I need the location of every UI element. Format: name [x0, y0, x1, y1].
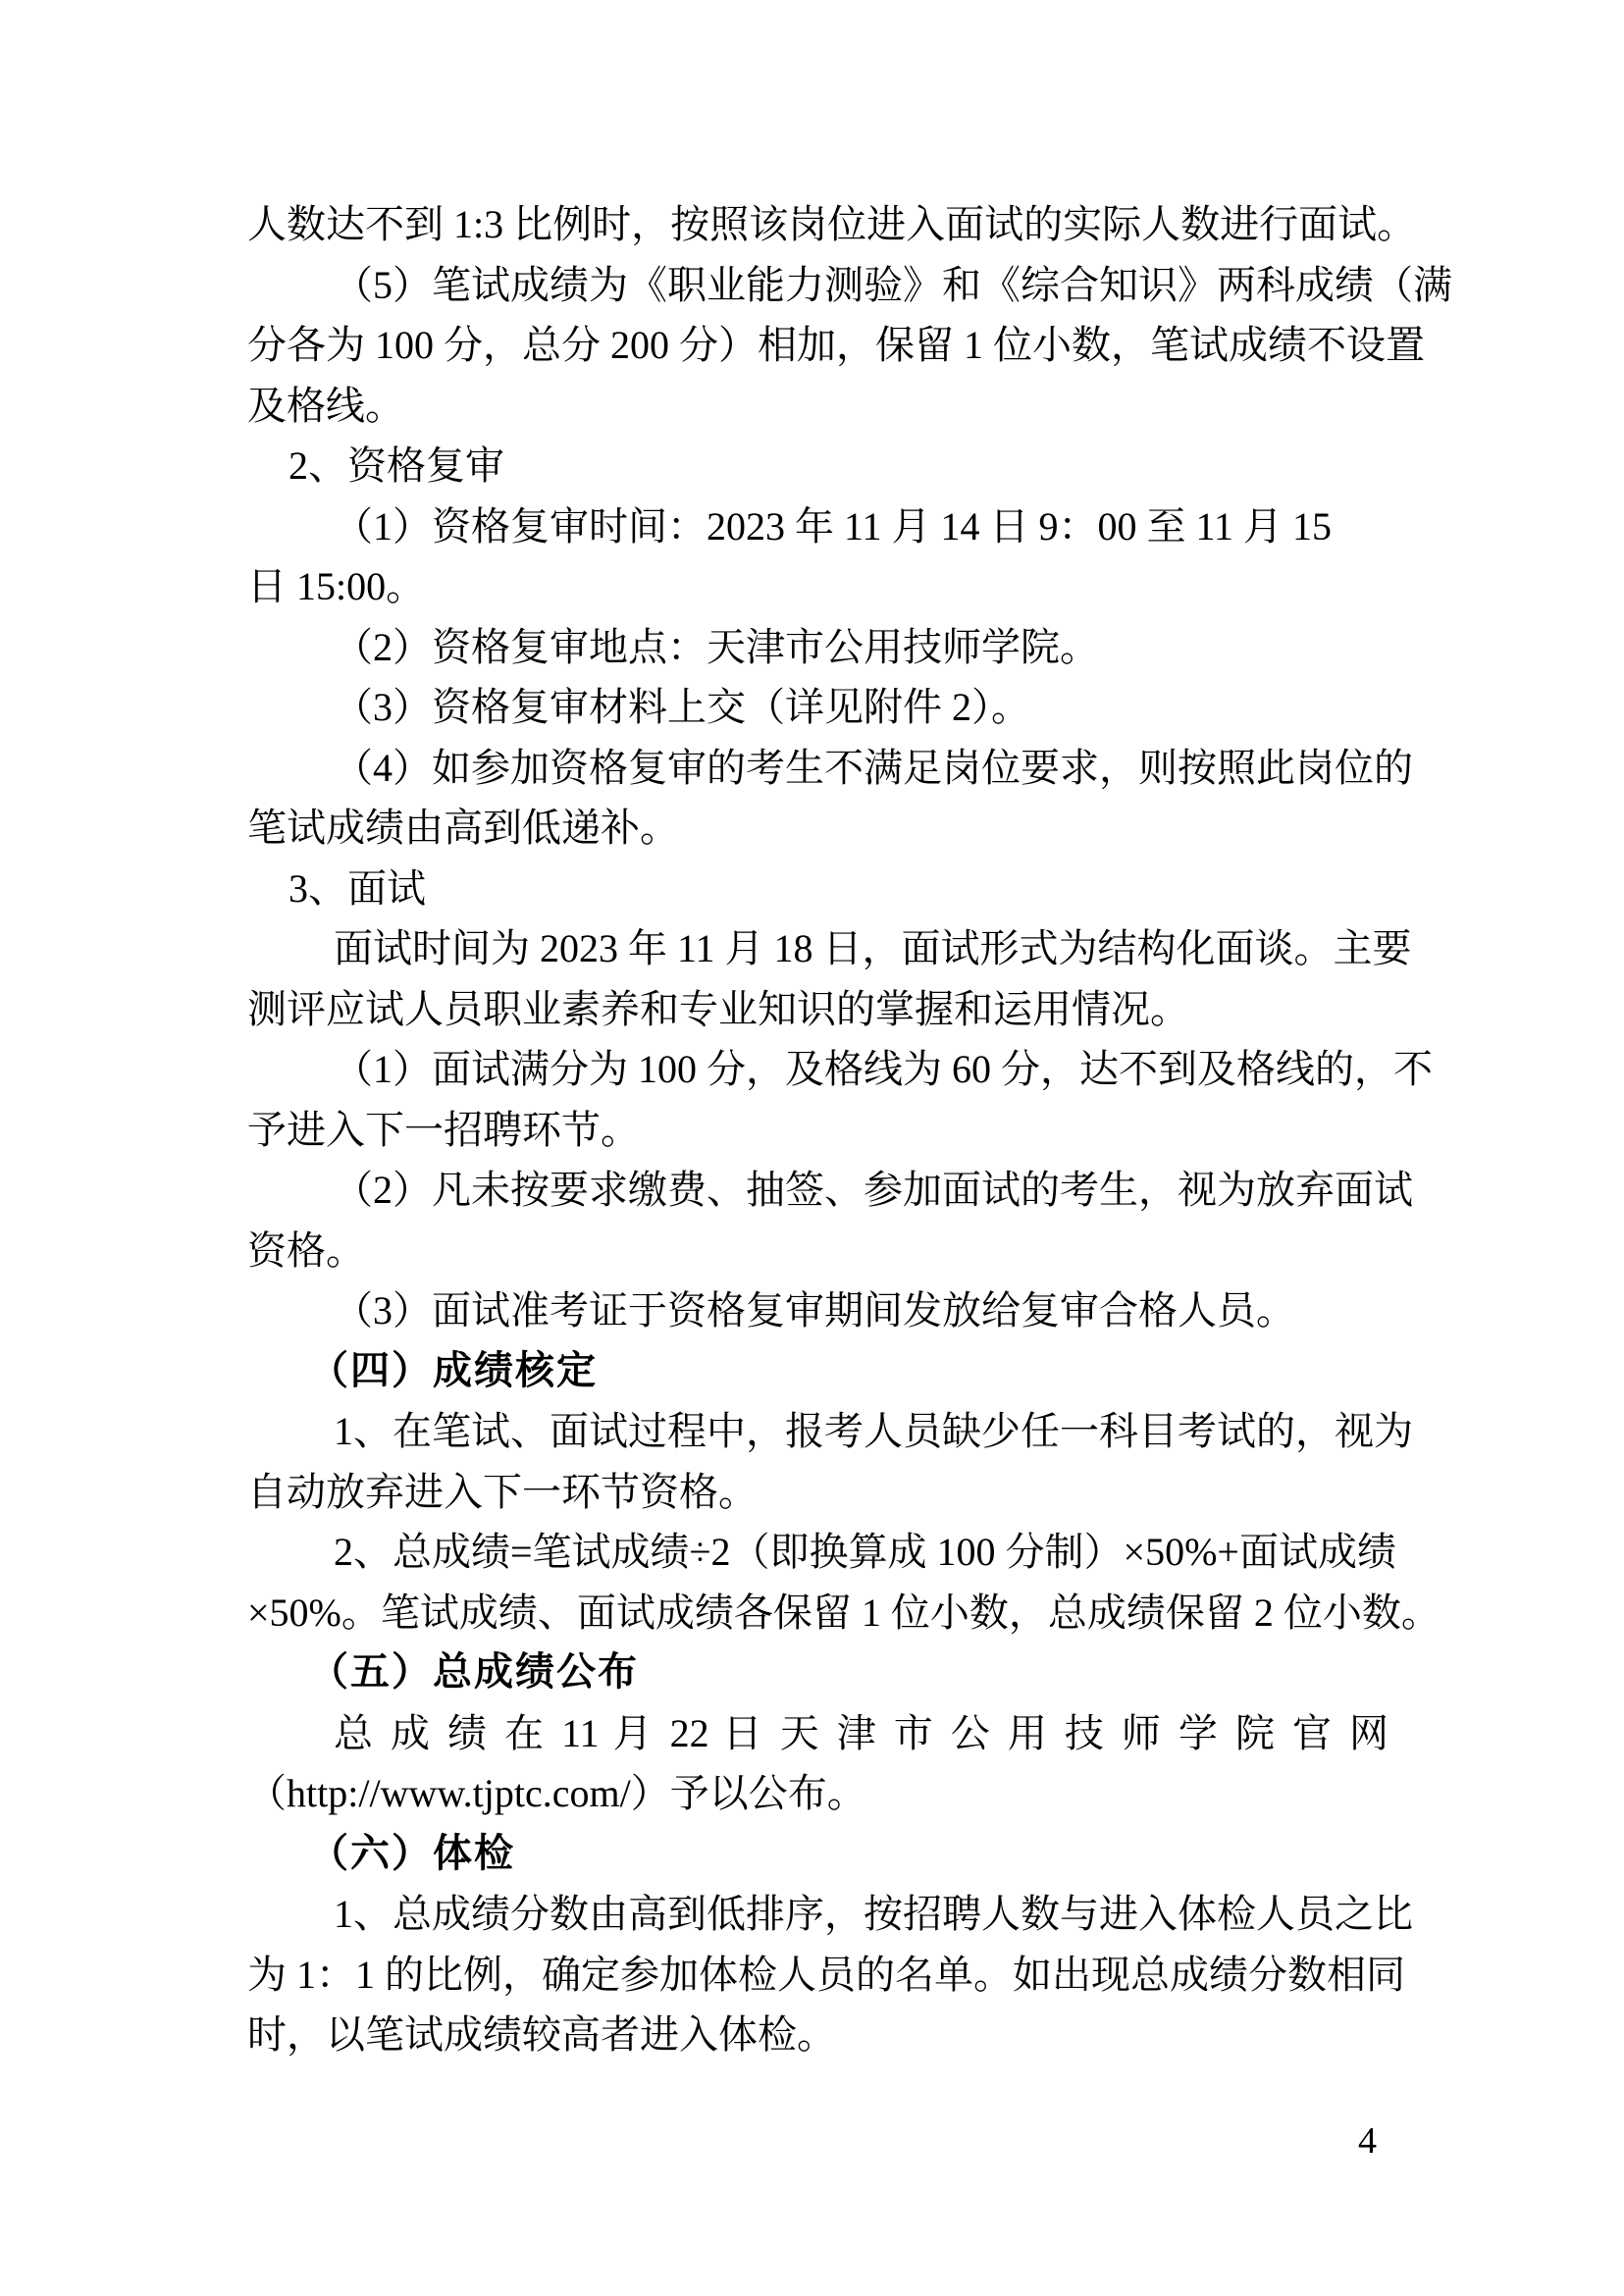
doc-line: ×50%。笔试成绩、面试成绩各保留 1 位小数，总成绩保留 2 位小数。 [247, 1583, 1388, 1644]
doc-line: 2、总成绩=笔试成绩÷2（即换算成 100 分制）×50%+面试成绩 [247, 1522, 1388, 1583]
doc-line: （2）资格复审地点：天津市公用技师学院。 [247, 617, 1388, 678]
url-line: （http://www.tjptc.com/）予以公布。 [247, 1763, 1388, 1824]
page-number: 4 [1358, 2119, 1377, 2163]
list-item-zige-fushen: 2、资格复审 [247, 436, 1388, 496]
doc-line: 及格线。 [247, 376, 1388, 437]
doc-line: 1、总成绩分数由高到低排序，按招聘人数与进入体检人员之比 [247, 1884, 1388, 1945]
doc-line: 为 1：1 的比例，确定参加体检人员的名单。如出现总成绩分数相同 [247, 1945, 1388, 2006]
doc-line: 分各为 100 分，总分 200 分）相加，保留 1 位小数，笔试成绩不设置 [247, 315, 1388, 376]
section-heading-4: （四）成绩核定 [247, 1341, 1388, 1402]
doc-line: （4）如参加资格复审的考生不满足岗位要求，则按照此岗位的 [247, 738, 1388, 799]
doc-line: 自动放弃进入下一环节资格。 [247, 1462, 1388, 1523]
doc-line: 资格。 [247, 1221, 1388, 1281]
doc-line: （2）凡未按要求缴费、抽签、参加面试的考生，视为放弃面试 [247, 1160, 1388, 1221]
doc-line: 日 15:00。 [247, 556, 1388, 617]
doc-line: 予进入下一招聘环节。 [247, 1100, 1388, 1161]
doc-line: （3）面试准考证于资格复审期间发放给复审合格人员。 [247, 1280, 1388, 1341]
document-body: 人数达不到 1:3 比例时，按照该岗位进入面试的实际人数进行面试。 （5）笔试成… [247, 194, 1388, 2065]
doc-line: 面试时间为 2023 年 11 月 18 日，面试形式为结构化面谈。主要 [247, 918, 1388, 979]
section-heading-6: （六）体检 [247, 1824, 1388, 1885]
doc-line: （1）资格复审时间：2023 年 11 月 14 日 9：00 至 11 月 1… [247, 496, 1388, 557]
doc-line: 人数达不到 1:3 比例时，按照该岗位进入面试的实际人数进行面试。 [247, 194, 1388, 255]
section-heading-5: （五）总成绩公布 [247, 1643, 1388, 1703]
doc-line: 时，以笔试成绩较高者进入体检。 [247, 2005, 1388, 2065]
list-item-mianshi: 3、面试 [247, 859, 1388, 919]
doc-line: 1、在笔试、面试过程中，报考人员缺少任一科目考试的，视为 [247, 1401, 1388, 1462]
doc-line: （5）笔试成绩为《职业能力测验》和《综合知识》两科成绩（满 [247, 255, 1388, 316]
doc-line: （3）资格复审材料上交（详见附件 2）。 [247, 677, 1388, 738]
doc-line: （1）面试满分为 100 分，及格线为 60 分，达不到及格线的，不 [247, 1039, 1388, 1100]
document-page: 人数达不到 1:3 比例时，按照该岗位进入面试的实际人数进行面试。 （5）笔试成… [0, 0, 1624, 2296]
doc-line: 总 成 绩 在 11 月 22 日 天 津 市 公 用 技 师 学 院 官 网 [247, 1703, 1388, 1764]
doc-line: 测评应试人员职业素养和专业知识的掌握和运用情况。 [247, 979, 1388, 1040]
doc-line: 笔试成绩由高到低递补。 [247, 798, 1388, 859]
